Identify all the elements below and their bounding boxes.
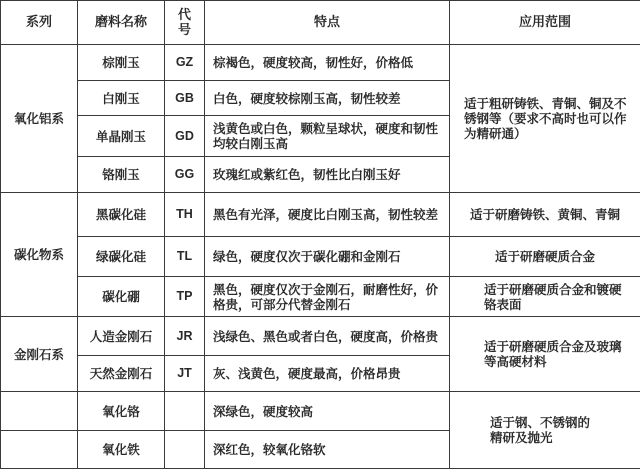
abrasive-feature: 棕褐色，硬度较高，韧性好，价格低 (205, 45, 450, 81)
table-row: 绿碳化硅 TL 绿色，硬度仅次于碳化硼和金刚石 适于研磨硬质合金 (1, 237, 640, 277)
abrasive-feature: 深红色，较氧化铬软 (205, 431, 450, 469)
abrasive-code: GG (165, 157, 205, 193)
abrasive-code: JR (165, 317, 205, 356)
abrasive-name: 绿碳化硅 (78, 237, 165, 277)
abrasive-name: 碳化硼 (78, 277, 165, 317)
abrasive-feature: 白色，硬度较棕刚玉高，韧性较差 (205, 81, 450, 116)
abrasive-feature: 绿色，硬度仅次于碳化硼和金刚石 (205, 237, 450, 277)
abrasive-name: 棕刚玉 (78, 45, 165, 81)
abrasive-name: 人造金刚石 (78, 317, 165, 356)
abrasive-code: TH (165, 193, 205, 237)
table-row: 氧化铬 深绿色，硬度较高 适于钢、不锈钢的精研及抛光 (1, 392, 640, 431)
abrasive-name: 天然金刚石 (78, 356, 165, 392)
application-cell: 适于研磨硬质合金 (450, 237, 640, 277)
abrasive-name: 黑碳化硅 (78, 193, 165, 237)
abrasive-feature: 灰、浅黄色，硬度最高，价格昂贵 (205, 356, 450, 392)
application-cell: 适于粗研铸铁、青铜、铜及不锈钢等（要求不高时也可以作为精研通） (450, 45, 640, 193)
abrasive-name: 白刚玉 (78, 81, 165, 116)
header-row: 系列 磨料名称 代号 特点 应用范围 (1, 1, 640, 45)
abrasive-name: 氧化铬 (78, 392, 165, 431)
abrasive-code: TP (165, 277, 205, 317)
series-cell (1, 392, 78, 431)
table-row: 碳化硼 TP 黑色，硬度仅次于金刚石，耐磨性好，价格贵，可部分代替金刚石 适于研… (1, 277, 640, 317)
series-cell: 碳化物系 (1, 193, 78, 317)
abrasive-code: TL (165, 237, 205, 277)
table-row: 碳化物系 黑碳化硅 TH 黑色有光泽，硬度比白刚玉高，韧性较差 适于研磨铸铁、黄… (1, 193, 640, 237)
abrasive-feature: 浅黄色或白色，颗粒呈球状，硬度和韧性均较白刚玉高 (205, 116, 450, 157)
abrasive-feature: 玫瑰红或紫红色，韧性比白刚玉好 (205, 157, 450, 193)
header-application: 应用范围 (450, 1, 640, 45)
header-code: 代号 (165, 1, 205, 45)
abrasive-code (165, 392, 205, 431)
application-cell: 适于研磨硬质合金和镀硬铬表面 (450, 277, 640, 317)
table-row: 金刚石系 人造金刚石 JR 浅绿色、黑色或者白色，硬度高，价格贵 适于研磨硬质合… (1, 317, 640, 356)
abrasive-feature: 黑色，硬度仅次于金刚石，耐磨性好，价格贵，可部分代替金刚石 (205, 277, 450, 317)
abrasive-code: GB (165, 81, 205, 116)
table-row: 氧化铝系 棕刚玉 GZ 棕褐色，硬度较高，韧性好，价格低 适于粗研铸铁、青铜、铜… (1, 45, 640, 81)
abrasive-code: JT (165, 356, 205, 392)
header-series: 系列 (1, 1, 78, 45)
series-cell (1, 431, 78, 469)
application-cell: 适于钢、不锈钢的精研及抛光 (450, 392, 640, 469)
series-cell: 金刚石系 (1, 317, 78, 392)
application-cell: 适于研磨硬质合金及玻璃等高硬材料 (450, 317, 640, 392)
series-cell: 氧化铝系 (1, 45, 78, 193)
header-feature: 特点 (205, 1, 450, 45)
abrasive-code: GD (165, 116, 205, 157)
abrasive-code (165, 431, 205, 469)
abrasive-code: GZ (165, 45, 205, 81)
abrasive-name: 氧化铁 (78, 431, 165, 469)
abrasive-table: 系列 磨料名称 代号 特点 应用范围 氧化铝系 棕刚玉 GZ 棕褐色，硬度较高，… (0, 0, 640, 468)
application-cell: 适于研磨铸铁、黄铜、青铜 (450, 193, 640, 237)
abrasive-feature: 黑色有光泽，硬度比白刚玉高，韧性较差 (205, 193, 450, 237)
abrasive-name: 单晶刚玉 (78, 116, 165, 157)
abrasive-feature: 浅绿色、黑色或者白色，硬度高，价格贵 (205, 317, 450, 356)
header-name: 磨料名称 (78, 1, 165, 45)
abrasive-feature: 深绿色，硬度较高 (205, 392, 450, 431)
abrasive-name: 铬刚玉 (78, 157, 165, 193)
